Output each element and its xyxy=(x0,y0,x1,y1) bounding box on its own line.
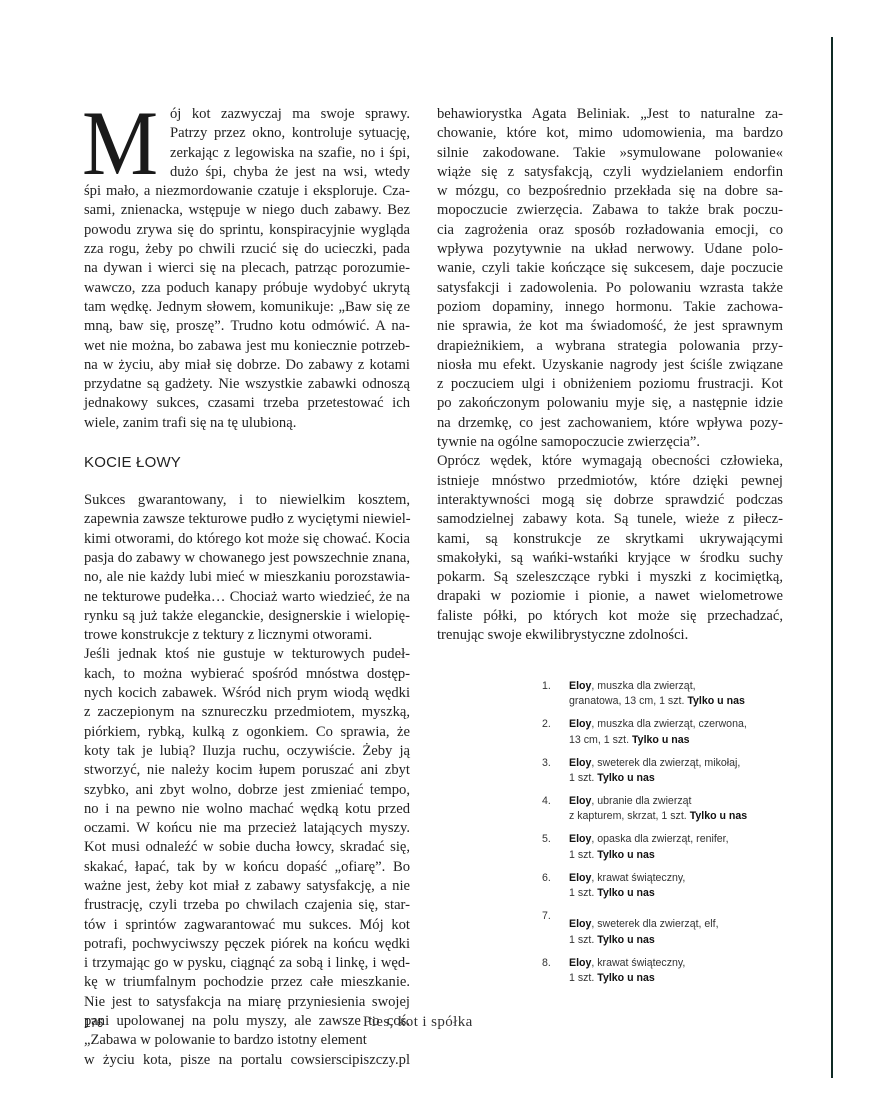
text-line: rynku są już także eleganckie, designers… xyxy=(84,607,410,626)
text-line: pani upolowanej na polu myszy, ale zawsz… xyxy=(84,1012,410,1031)
text-line: cia zagrożenia oraz sposób rozładowania … xyxy=(437,221,783,240)
product-number: 8. xyxy=(542,956,551,971)
text-line: ważne jest, żeby kot miał z zabawy satys… xyxy=(84,877,410,896)
product-number: 2. xyxy=(542,717,551,732)
text-line: jednakowy sukces, czasami trzeba przetes… xyxy=(84,394,410,413)
text-line: silnie zakodowane. Takie »symulowane pol… xyxy=(437,144,783,163)
running-footer-title: Pies, kot i spółka xyxy=(363,1014,473,1031)
text-line: Patrzy przez okno, kontroluje sytuację, xyxy=(170,124,410,143)
product-description: , krawat świąteczny, xyxy=(591,957,685,969)
text-line: samodzielnej zabawy kota. Są tunele, wie… xyxy=(437,510,783,529)
text-line: drapaki w poziomie i pionie, a nawet wie… xyxy=(437,587,783,606)
text-line: skakać, łapać, tak by w końcu dopaść „of… xyxy=(84,858,410,877)
product-description: , muszka dla zwierząt, xyxy=(591,680,695,692)
exclusive-tag: Tylko u nas xyxy=(597,934,655,946)
text-line: zapewnia zawsze tekturowe pudło z wycięt… xyxy=(84,510,410,529)
text-line: przydatne są gadżety. Nie wszystkie zaba… xyxy=(84,375,410,394)
text-line: frustrację, czyli trzeba po chwilach cza… xyxy=(84,896,410,915)
page-number: 176 xyxy=(84,1018,103,1030)
text-line: poziom dopaminy, innego hormonu. Takie z… xyxy=(437,298,783,317)
text-line: na drzemkę, co jest zachowaniem, które w… xyxy=(437,414,783,433)
text-line: interaktywności mogą się dobrze sprawdzi… xyxy=(437,491,783,510)
article-column-right: behawiorystka Agata Beliniak. „Jest to n… xyxy=(437,105,783,645)
text-line: sami, znienacka, wstępuje w niego duch z… xyxy=(84,201,410,220)
text-line: z poczuciem ulgi i obniżeniem poziomu fr… xyxy=(437,375,783,394)
product-item: 1. Eloy, muszka dla zwierząt, granatowa,… xyxy=(541,679,791,710)
text-line: Nie jest to satysfakcja na miarę przynie… xyxy=(84,993,410,1012)
text-line: chowanie, które kot, mimo udomowienia, m… xyxy=(437,124,783,143)
product-details: granatowa, 13 cm, 1 szt. xyxy=(569,695,687,707)
text-line: potrafi, pochwyciwszy pęczek piórek na k… xyxy=(84,935,410,954)
text-line: po zakończonym polowaniu myje się, a nas… xyxy=(437,394,783,413)
text-line: zza rogu, żeby po chwili rzucić się do u… xyxy=(84,240,410,259)
text-line: ne tekturowe pudełka… Chociaż warto wied… xyxy=(84,588,410,607)
product-brand: Eloy xyxy=(569,757,591,769)
text-line: w życiu kota, pisze na portalu cowsiersc… xyxy=(84,1051,410,1070)
text-line: Sukces gwarantowany, i to niewielkim kos… xyxy=(84,491,410,510)
text-line: no, ale nie każdy lubi mieć w mieszkaniu… xyxy=(84,568,410,587)
text-line: pasja do zabawy w chowanego jest powszec… xyxy=(84,549,410,568)
text-line: wiąże się z satysfakcją, czyli wydzielan… xyxy=(437,163,783,182)
text-line: pokarm. Są szeleszczące rybki i myszki z… xyxy=(437,568,783,587)
product-item: 8. Eloy, krawat świąteczny, 1 szt. Tylko… xyxy=(541,956,791,987)
exclusive-tag: Tylko u nas xyxy=(632,734,690,746)
text-line: kach, to można wybierać spośród mnóstwa … xyxy=(84,665,410,684)
product-item: 7. Eloy, sweterek dla zwierząt, elf, 1 s… xyxy=(541,894,791,948)
text-line: Oprócz wędek, które wymagają obecności c… xyxy=(437,452,783,471)
product-brand: Eloy xyxy=(569,718,591,730)
text-line: wiele, zanim trafi się na tę ulubioną. xyxy=(84,414,410,433)
text-line: trowe konstrukcje z tektury z licznymi o… xyxy=(84,626,410,645)
exclusive-tag: Tylko u nas xyxy=(597,772,655,784)
product-list: 1. Eloy, muszka dla zwierząt, granatowa,… xyxy=(541,679,791,994)
text-line: na w życiu, aby miał się dobrze. Do zaba… xyxy=(84,356,410,375)
product-item: 5. Eloy, opaska dla zwierząt, renifer, 1… xyxy=(541,832,791,863)
product-item: 4. Eloy, ubranie dla zwierząt z kapturem… xyxy=(541,794,791,825)
product-details: 13 cm, 1 szt. xyxy=(569,734,632,746)
text-line: stworzyć, nie należy kocim łupem porusza… xyxy=(84,761,410,780)
text-line: tów i sprintów zagwarantować mu sukces. … xyxy=(84,916,410,935)
exclusive-tag: Tylko u nas xyxy=(597,972,655,984)
product-description: , sweterek dla zwierząt, elf, xyxy=(591,918,718,930)
text-line: mopoczucie zwierzęcia. Zabawa to także b… xyxy=(437,201,783,220)
text-line: niosła mu efekt. Uzyskanie nagrody jest … xyxy=(437,356,783,375)
article-intro: M ój kot zazwyczaj ma swoje sprawy. Patr… xyxy=(84,105,410,433)
text-line: kami, są konstrukcje ze skrytkami ukrywa… xyxy=(437,530,783,549)
product-description: , opaska dla zwierząt, renifer, xyxy=(591,833,728,845)
text-line: koty tak je lubią? Iluzja ruchu, oczywiś… xyxy=(84,742,410,761)
text-line: i trzymając go w pysku, ciągnąć za sobą … xyxy=(84,954,410,973)
text-line: nie sprawia, że kot ma świadomość, że je… xyxy=(437,317,783,336)
text-line: piórkiem, rybką, kulką z ogonkiem. Co sp… xyxy=(84,723,410,742)
page-edge-rule xyxy=(831,37,833,1078)
text-line: w mózgu, co bezpośrednio przekłada się n… xyxy=(437,182,783,201)
text-line: na dywan i wierci się na plecach, patrzą… xyxy=(84,259,410,278)
text-line: drapieżnikiem, a wybrana strategia polow… xyxy=(437,337,783,356)
magazine-page: M ój kot zazwyczaj ma swoje sprawy. Patr… xyxy=(0,0,871,1117)
product-item: 2. Eloy, muszka dla zwierząt, czerwona, … xyxy=(541,717,791,748)
product-details: 1 szt. xyxy=(569,849,597,861)
exclusive-tag: Tylko u nas xyxy=(687,695,745,707)
text-line: wanie, czyli takie kończące się sukcesem… xyxy=(437,259,783,278)
product-brand: Eloy xyxy=(569,957,591,969)
text-line: wawczo, zza poduch kanapy próbuje wydoby… xyxy=(84,279,410,298)
product-details: 1 szt. xyxy=(569,972,597,984)
exclusive-tag: Tylko u nas xyxy=(690,810,748,822)
text-line: zerkając z legowiska na szafie, no i śpi… xyxy=(170,144,410,163)
text-line: istnieje mnóstwo przedmiotów, które dzię… xyxy=(437,472,783,491)
text-line: wpływa pozytywnie na układ nerwowy. Udan… xyxy=(437,240,783,259)
product-description: , sweterek dla zwierząt, mikołaj, xyxy=(591,757,740,769)
text-line: no i na pewno nie wolno machać wędką kot… xyxy=(84,800,410,819)
product-brand: Eloy xyxy=(569,795,591,807)
product-number: 7. xyxy=(542,909,551,924)
product-item: 3. Eloy, sweterek dla zwierząt, mikołaj,… xyxy=(541,756,791,787)
text-line: dużo śpi, chyba że jest na wsi, wtedy xyxy=(170,163,410,182)
article-column-left: M ój kot zazwyczaj ma swoje sprawy. Patr… xyxy=(84,105,410,1070)
text-line: ój kot zazwyczaj ma swoje sprawy. xyxy=(170,105,410,124)
product-details: 1 szt. xyxy=(569,772,597,784)
text-line: smakołyki, są wańki-wstańki kryjące w śr… xyxy=(437,549,783,568)
drop-cap: M xyxy=(82,103,158,183)
text-line: trenując swoje ekwilibrystyczne zdolnośc… xyxy=(437,626,783,645)
text-line: faliste półki, po których kot może się p… xyxy=(437,607,783,626)
text-line: kę w triumfalnym pochodzie przez całe mi… xyxy=(84,973,410,992)
product-number: 3. xyxy=(542,756,551,771)
product-number: 6. xyxy=(542,871,551,886)
product-description: , muszka dla zwierząt, czerwona, xyxy=(591,718,746,730)
product-number: 5. xyxy=(542,832,551,847)
text-line: szybko, ani zbyt wolno, dobrze jest zmie… xyxy=(84,781,410,800)
text-line: wet nie można, bo zabawa jest mu koniecz… xyxy=(84,337,410,356)
product-brand: Eloy xyxy=(569,833,591,845)
text-line: kimi otworami, do którego kot może się c… xyxy=(84,530,410,549)
text-line: behawiorystka Agata Beliniak. „Jest to n… xyxy=(437,105,783,124)
product-brand: Eloy xyxy=(569,872,591,884)
text-line: satysfakcji i zadowolenia. Po polowaniu … xyxy=(437,279,783,298)
text-line: tywnie na ogólne samopoczucie zwierzęcia… xyxy=(437,433,783,452)
text-line: oczami. W końcu nie ma przecież latający… xyxy=(84,819,410,838)
product-brand: Eloy xyxy=(569,918,591,930)
product-number: 4. xyxy=(542,794,551,809)
product-details: z kapturem, skrzat, 1 szt. xyxy=(569,810,690,822)
text-line: z zaczepionym na sznureczku przedmiotem,… xyxy=(84,703,410,722)
text-line: mną, baw się, proszę”. Trudno kotu odmów… xyxy=(84,317,410,336)
text-line: Jeśli jednak ktoś nie gustuje w tekturow… xyxy=(84,645,410,664)
exclusive-tag: Tylko u nas xyxy=(597,849,655,861)
text-line: nych kocich zabawek. Wśród nich prym wio… xyxy=(84,684,410,703)
product-brand: Eloy xyxy=(569,680,591,692)
text-line: „Zabawa w polowanie to bardzo istotny el… xyxy=(84,1031,410,1050)
text-line: tam wędkę. Jednym słowem, komunikuje: „B… xyxy=(84,298,410,317)
product-number: 1. xyxy=(542,679,551,694)
product-details: 1 szt. xyxy=(569,934,597,946)
product-description: , krawat świąteczny, xyxy=(591,872,685,884)
text-line: Kot musi odnaleźć w sobie ducha łowcy, s… xyxy=(84,838,410,857)
section-body: Sukces gwarantowany, i to niewielkim kos… xyxy=(84,491,410,1070)
product-description: , ubranie dla zwierząt xyxy=(591,795,691,807)
text-line: powodu zrywa się do sprintu, konspiracyj… xyxy=(84,221,410,240)
section-heading: KOCIE ŁOWY xyxy=(84,453,410,472)
